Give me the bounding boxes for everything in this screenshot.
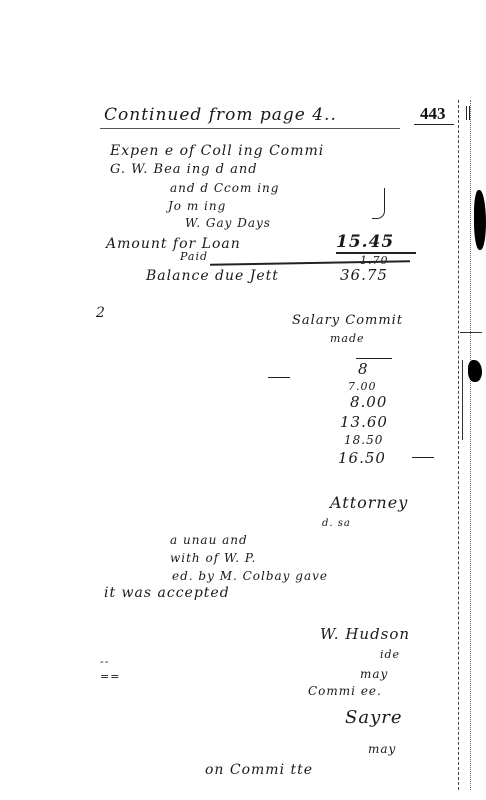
balance-due-value: 36.75 [340,266,388,284]
page-number-underline [414,124,454,125]
figure-row-4: 13.60 [340,413,388,431]
lower-line-4: with of W. P. [170,551,256,565]
page-number: 443 [420,104,446,124]
margin-rule [458,100,459,790]
ink-blot-2 [468,360,482,382]
lower-line-hudson: W. Hudson [320,625,410,643]
left-margin-mark-2: -- [100,655,109,668]
left-margin-mark-3: == [100,670,120,683]
figure-row-2: 7.00 [348,380,377,393]
left-margin-mark-1: 2 [96,305,106,321]
ink-blot-1 [474,190,486,250]
lower-line-12: may [368,742,396,756]
header-continued-line: Continued from page 4.. [104,105,337,125]
lower-line-5: ed. by M. Colbay gave [172,569,328,583]
entry-line-5: W. Gay Days [185,216,271,230]
lower-line-2: d. sa [322,518,351,529]
entry-line-2: G. W. Bea ing d and [110,162,258,177]
entry-line-1: Expen e of Coll ing Commi [110,143,324,159]
amount-for-loan-label: Amount for Loan [106,236,241,252]
lower-line-attorney: Attorney [330,493,408,512]
lower-line-9: may [360,667,388,681]
lower-line-10: Commi ee. [308,684,382,698]
lower-line-8: ide [380,648,400,661]
document-page: Continued from page 4.. 443 Expen e of C… [0,0,486,800]
figure-row-3: 8.00 [350,393,387,411]
header-underline [100,128,400,129]
paid-label: Paid [180,250,208,263]
bracket-mark [372,188,385,219]
lower-line-13: on Commi tte [205,762,313,778]
figure-row-6: 16.50 [338,449,386,467]
entry-line-4: Jo m ing [168,199,226,213]
left-dash-mark [268,377,290,378]
binding-edge [470,100,471,790]
figure-row-1: 8 [358,360,369,378]
lower-line-3: a unau and [170,533,248,547]
margin-tick [460,332,482,333]
amount-for-loan-value: 15.45 [336,232,394,252]
lower-line-6: it was accepted [104,585,230,601]
salary-commit-heading: Salary Commit [292,313,403,328]
margin-bar [462,360,463,440]
figure-row-5: 18.50 [344,433,383,447]
figure-trailing-dash [412,457,434,458]
balance-due-label: Balance due Jett [146,268,279,284]
figure-dash [356,358,392,359]
entry-line-3: and d Ccom ing [170,181,279,195]
lower-line-sayre: Sayre [345,707,403,728]
salary-commit-subheading: made [330,332,365,345]
